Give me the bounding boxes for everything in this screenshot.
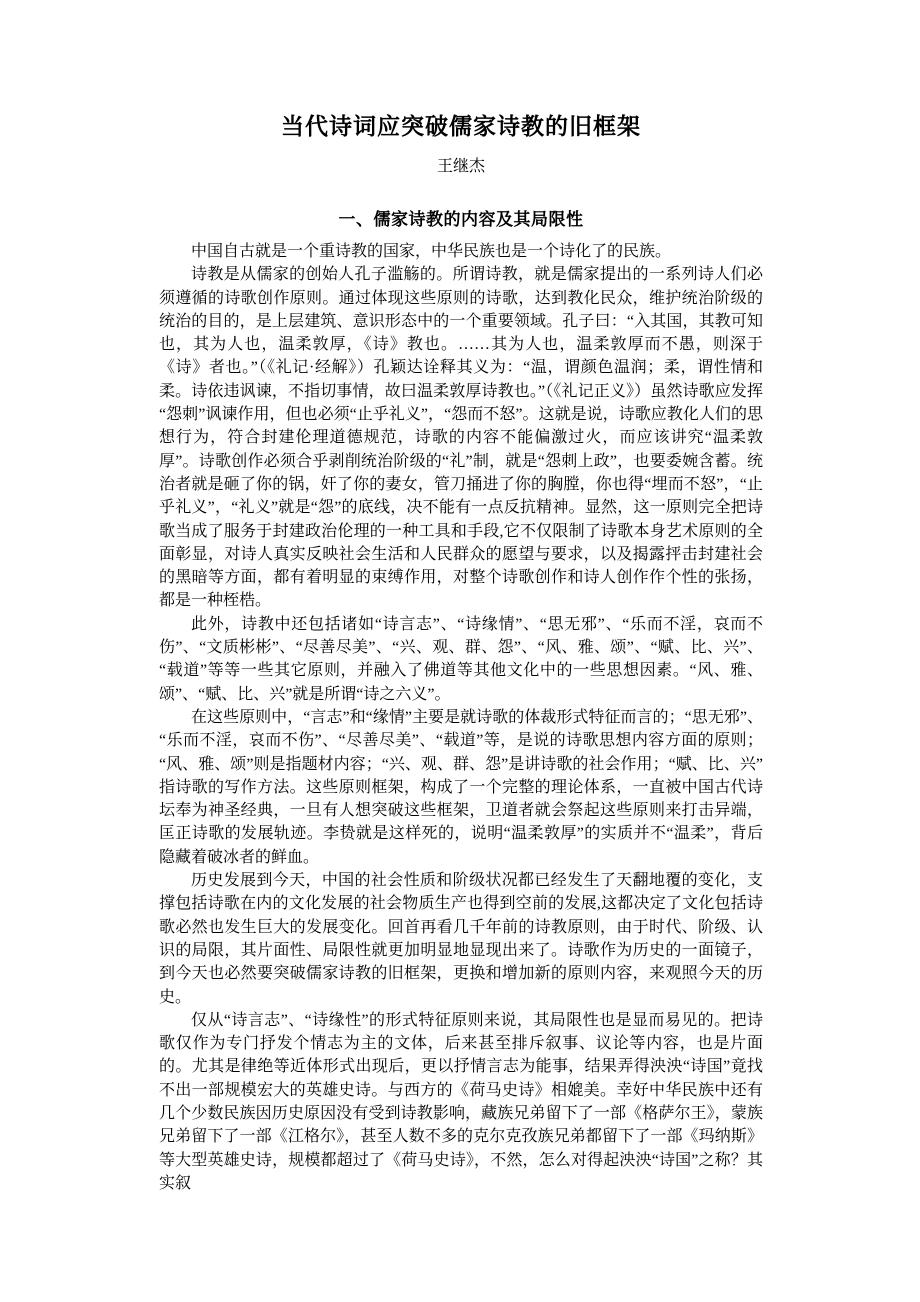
paragraph: 仅从“诗言志”、“诗缘性”的形式特征原则来说，其局限性也是显而易见的。把诗歌仅作…	[159, 1009, 763, 1195]
document-page: 当代诗词应突破儒家诗教的旧框架 王继杰 一、儒家诗教的内容及其局限性 中国自古就…	[0, 0, 920, 1302]
document-body: 中国自古就是一个重诗教的国家，中华民族也是一个诗化了的民族。 诗教是从儒家的创始…	[159, 240, 763, 1195]
paragraph: 诗教是从儒家的创始人孔子滥觞的。所谓诗教，就是儒家提出的一系列诗人们必须遵循的诗…	[159, 263, 763, 612]
paragraph: 历史发展到今天，中国的社会性质和阶级状况都已经发生了天翻地覆的变化，支撑包括诗歌…	[159, 869, 763, 1009]
section-heading: 一、儒家诗教的内容及其局限性	[159, 209, 763, 231]
paragraph: 在这些原则中，“言志”和“缘情”主要是就诗歌的体裁形式特征而言的；“思无邪”、“…	[159, 706, 763, 869]
author-name: 王继杰	[159, 157, 763, 177]
paragraph: 中国自古就是一个重诗教的国家，中华民族也是一个诗化了的民族。	[159, 240, 763, 263]
paragraph: 此外，诗教中还包括诸如“诗言志”、“诗缘情”、“思无邪”、“乐而不淫，哀而不伤”…	[159, 613, 763, 706]
document-title: 当代诗词应突破儒家诗教的旧框架	[159, 112, 763, 141]
